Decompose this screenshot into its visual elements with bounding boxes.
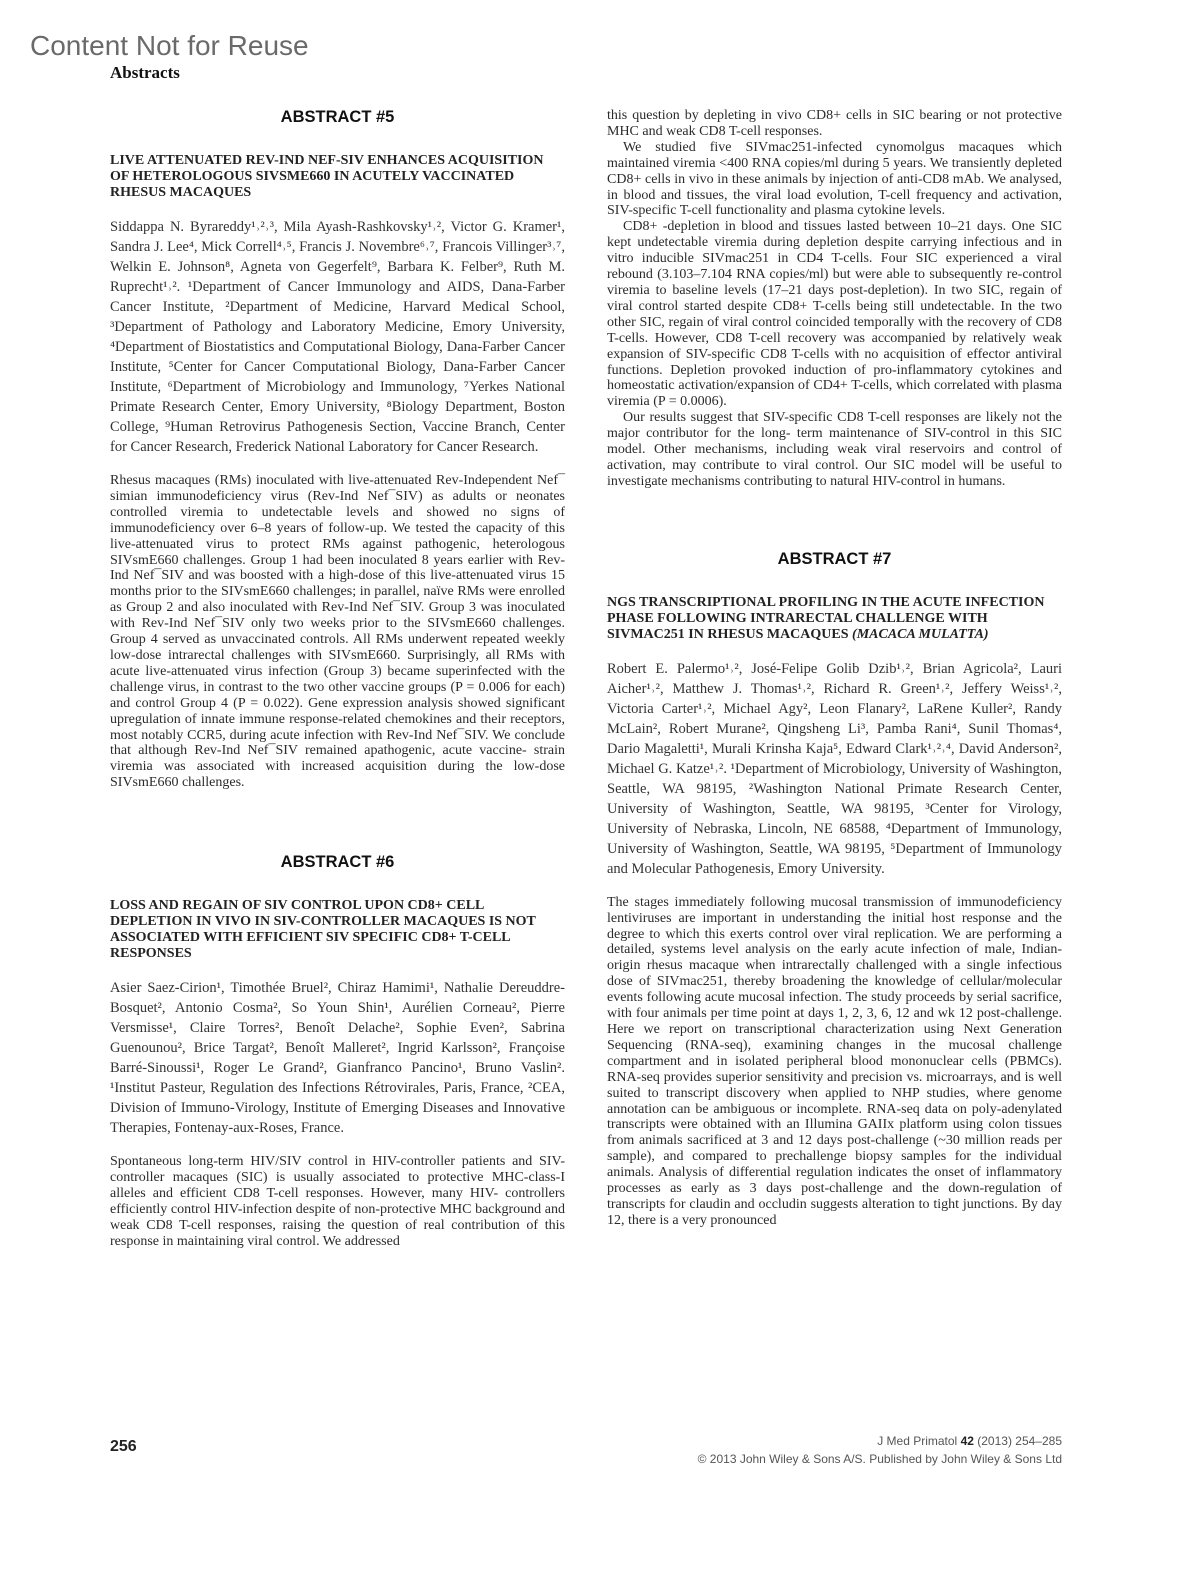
body-paragraph: Rhesus macaques (RMs) inoculated with li…	[110, 473, 565, 791]
abstract-title: NGS TRANSCRIPTIONAL PROFILING IN THE ACU…	[607, 595, 1062, 643]
watermark: Content Not for Reuse	[30, 30, 309, 62]
abstract-heading: ABSTRACT #6	[110, 853, 565, 872]
abstract-body: The stages immediately following mucosal…	[607, 895, 1062, 1229]
body-paragraph: Our results suggest that SIV-specific CD…	[607, 410, 1062, 490]
body-paragraph: We studied five SIVmac251-infected cynom…	[607, 140, 1062, 220]
journal-volume: 42	[961, 1434, 974, 1448]
body-paragraph: CD8+ -depletion in blood and tissues las…	[607, 219, 1062, 410]
journal-name: J Med Primatol	[877, 1434, 960, 1448]
abstract-title-italic: (MACACA MULATTA)	[852, 627, 989, 642]
author-list: Siddappa N. Byrareddy¹˒²˒³, Mila Ayash-R…	[110, 217, 565, 457]
author-list: Asier Saez-Cirion¹, Timothée Bruel², Chi…	[110, 978, 565, 1138]
citation-line: J Med Primatol 42 (2013) 254–285	[698, 1432, 1062, 1450]
abstract-title: LIVE ATTENUATED REV-IND NEF-SIV ENHANCES…	[110, 153, 565, 201]
body-paragraph: Spontaneous long-term HIV/SIV control in…	[110, 1154, 565, 1249]
body-paragraph: this question by depleting in vivo CD8+ …	[607, 108, 1062, 140]
abstract-heading: ABSTRACT #7	[607, 550, 1062, 569]
left-column: ABSTRACT #5 LIVE ATTENUATED REV-IND NEF-…	[110, 108, 565, 1250]
journal-year-pages: (2013) 254–285	[974, 1434, 1062, 1448]
abstract-body: this question by depleting in vivo CD8+ …	[607, 108, 1062, 490]
running-head: Abstracts	[110, 63, 180, 83]
right-column: this question by depleting in vivo CD8+ …	[607, 108, 1062, 1229]
journal-citation: J Med Primatol 42 (2013) 254–285 © 2013 …	[698, 1432, 1062, 1468]
abstract-heading: ABSTRACT #5	[110, 108, 565, 127]
copyright-line: © 2013 John Wiley & Sons A/S. Published …	[698, 1450, 1062, 1468]
abstract-5: ABSTRACT #5 LIVE ATTENUATED REV-IND NEF-…	[110, 108, 565, 791]
abstract-body: Spontaneous long-term HIV/SIV control in…	[110, 1154, 565, 1249]
abstract-body: Rhesus macaques (RMs) inoculated with li…	[110, 473, 565, 791]
abstract-6: ABSTRACT #6 LOSS AND REGAIN OF SIV CONTR…	[110, 853, 565, 1249]
abstract-7: ABSTRACT #7 NGS TRANSCRIPTIONAL PROFILIN…	[607, 550, 1062, 1229]
page-number: 256	[110, 1438, 137, 1456]
author-list: Robert E. Palermo¹˒², José-Felipe Golib …	[607, 659, 1062, 879]
abstract-title: LOSS AND REGAIN OF SIV CONTROL UPON CD8+…	[110, 898, 565, 962]
abstract-6-continued: this question by depleting in vivo CD8+ …	[607, 108, 1062, 490]
body-paragraph: The stages immediately following mucosal…	[607, 895, 1062, 1229]
